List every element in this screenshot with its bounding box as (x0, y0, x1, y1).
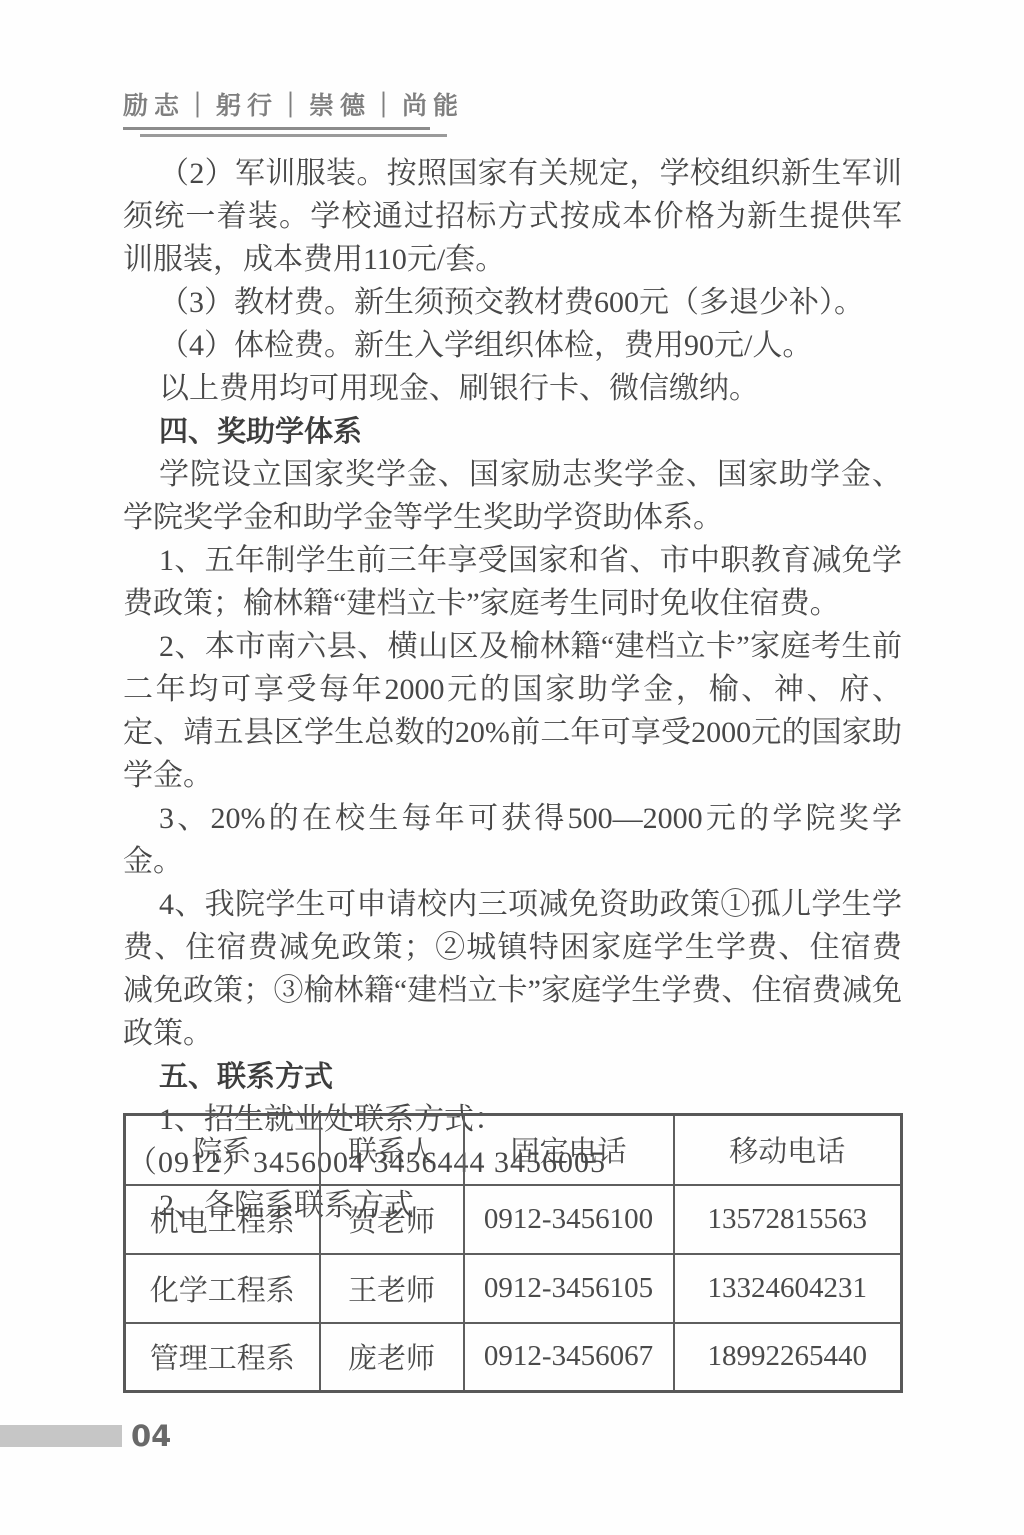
table-row: 化学工程系 王老师 0912-3456105 13324604231 (125, 1254, 902, 1323)
page-header: 励志｜躬行｜崇德｜尚能 (123, 86, 464, 137)
col-header-department: 院系 (125, 1115, 320, 1185)
cell-department: 机电工程系 (125, 1185, 320, 1254)
cell-contact: 贺老师 (320, 1185, 464, 1254)
cell-department: 管理工程系 (125, 1323, 320, 1392)
para-policy-2: 2、本市南六县、横山区及榆林籍“建档立卡”家庭考生前二年均可享受每年2000元的… (123, 625, 902, 797)
motto-underline-bottom (140, 134, 447, 137)
footer-accent-bar (0, 1425, 122, 1447)
cell-mobile: 13572815563 (674, 1185, 902, 1254)
col-header-mobile: 移动电话 (674, 1115, 902, 1185)
cell-mobile: 13324604231 (674, 1254, 902, 1323)
para-scholarship-intro: 学院设立国家奖学金、国家励志奖学金、国家助学金、学院奖学金和助学金等学生奖助学资… (123, 453, 902, 539)
table-header-row: 院系 联系人 固定电话 移动电话 (125, 1115, 902, 1185)
department-contact-table: 院系 联系人 固定电话 移动电话 机电工程系 贺老师 0912-3456100 … (123, 1113, 903, 1393)
motto-underline-top (123, 127, 430, 130)
cell-mobile: 18992265440 (674, 1323, 902, 1392)
table-row: 机电工程系 贺老师 0912-3456100 13572815563 (125, 1185, 902, 1254)
page-number: 04 (131, 1419, 171, 1453)
document-page: 励志｜躬行｜崇德｜尚能 （2）军训服装。按照国家有关规定，学校组织新生军训须统一… (0, 0, 1024, 1535)
col-header-contact: 联系人 (320, 1115, 464, 1185)
para-policy-1: 1、五年制学生前三年享受国家和省、市中职教育减免学费政策；榆林籍“建档立卡”家庭… (123, 539, 902, 625)
para-military-uniform-fee: （2）军训服装。按照国家有关规定，学校组织新生军训须统一着装。学校通过招标方式按… (123, 152, 902, 281)
para-textbook-fee: （3）教材费。新生须预交教材费600元（多退少补）。 (123, 281, 902, 324)
para-payment-methods: 以上费用均可用现金、刷银行卡、微信缴纳。 (123, 367, 902, 410)
cell-landline: 0912-3456105 (464, 1254, 674, 1323)
document-body: （2）军训服装。按照国家有关规定，学校组织新生军训须统一着装。学校通过招标方式按… (123, 152, 902, 1227)
para-policy-3: 3、20%的在校生每年可获得500—2000元的学院奖学金。 (123, 797, 902, 883)
school-motto: 励志｜躬行｜崇德｜尚能 (123, 86, 464, 122)
heading-contact-info: 五、联系方式 (123, 1055, 902, 1098)
para-policy-4: 4、我院学生可申请校内三项减免资助政策①孤儿学生学费、住宿费减免政策；②城镇特困… (123, 883, 902, 1055)
cell-contact: 庞老师 (320, 1323, 464, 1392)
heading-scholarship-system: 四、奖助学体系 (123, 410, 902, 453)
cell-landline: 0912-3456067 (464, 1323, 674, 1392)
para-physical-exam-fee: （4）体检费。新生入学组织体检，费用90元/人。 (123, 324, 902, 367)
table-row: 管理工程系 庞老师 0912-3456067 18992265440 (125, 1323, 902, 1392)
cell-department: 化学工程系 (125, 1254, 320, 1323)
cell-landline: 0912-3456100 (464, 1185, 674, 1254)
col-header-landline: 固定电话 (464, 1115, 674, 1185)
cell-contact: 王老师 (320, 1254, 464, 1323)
